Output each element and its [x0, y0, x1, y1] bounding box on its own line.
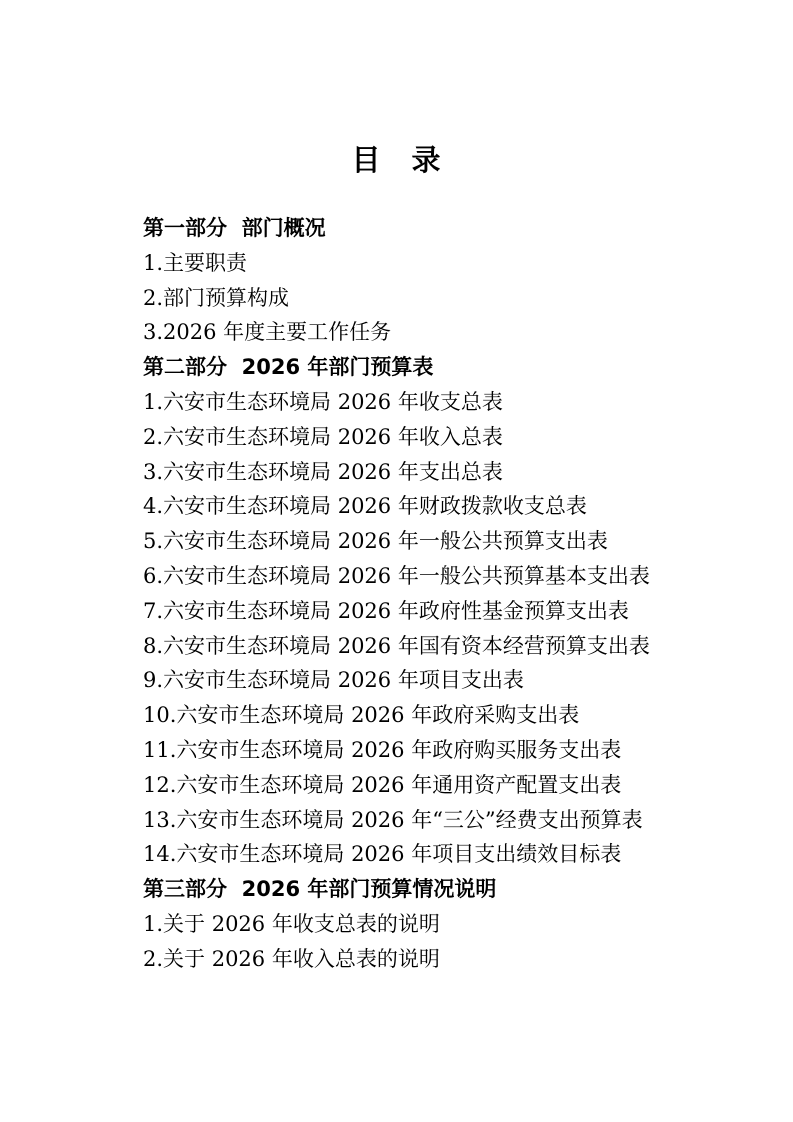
- toc-item: 5.六安市生态环境局 2026 年一般公共预算支出表: [143, 524, 703, 559]
- toc-item: 2.关于 2026 年收入总表的说明: [143, 942, 703, 977]
- toc-item: 1.主要职责: [143, 246, 703, 281]
- toc-item: 13.六安市生态环境局 2026 年“三公”经费支出预算表: [143, 803, 703, 838]
- toc-section-1-heading: 第一部分 部门概况: [143, 211, 703, 246]
- toc-item: 2.六安市生态环境局 2026 年收入总表: [143, 420, 703, 455]
- toc-item: 7.六安市生态环境局 2026 年政府性基金预算支出表: [143, 594, 703, 629]
- table-of-contents: 第一部分 部门概况 1.主要职责 2.部门预算构成 3.2026 年度主要工作任…: [0, 211, 793, 977]
- toc-item: 10.六安市生态环境局 2026 年政府采购支出表: [143, 698, 703, 733]
- toc-item: 6.六安市生态环境局 2026 年一般公共预算基本支出表: [143, 559, 703, 594]
- toc-item: 12.六安市生态环境局 2026 年通用资产配置支出表: [143, 768, 703, 803]
- toc-section-2-heading: 第二部分 2026 年部门预算表: [143, 350, 703, 385]
- toc-item: 2.部门预算构成: [143, 281, 703, 316]
- toc-item: 14.六安市生态环境局 2026 年项目支出绩效目标表: [143, 837, 703, 872]
- toc-item: 1.关于 2026 年收支总表的说明: [143, 907, 703, 942]
- toc-item: 11.六安市生态环境局 2026 年政府购买服务支出表: [143, 733, 703, 768]
- toc-item: 3.2026 年度主要工作任务: [143, 315, 703, 350]
- toc-item: 8.六安市生态环境局 2026 年国有资本经营预算支出表: [143, 629, 703, 664]
- document-page: 目 录 第一部分 部门概况 1.主要职责 2.部门预算构成 3.2026 年度主…: [0, 0, 793, 1122]
- toc-item: 3.六安市生态环境局 2026 年支出总表: [143, 455, 703, 490]
- toc-section-3-heading: 第三部分 2026 年部门预算情况说明: [143, 872, 703, 907]
- toc-item: 4.六安市生态环境局 2026 年财政拨款收支总表: [143, 489, 703, 524]
- page-title: 目 录: [0, 143, 793, 178]
- toc-item: 1.六安市生态环境局 2026 年收支总表: [143, 385, 703, 420]
- toc-item: 9.六安市生态环境局 2026 年项目支出表: [143, 663, 703, 698]
